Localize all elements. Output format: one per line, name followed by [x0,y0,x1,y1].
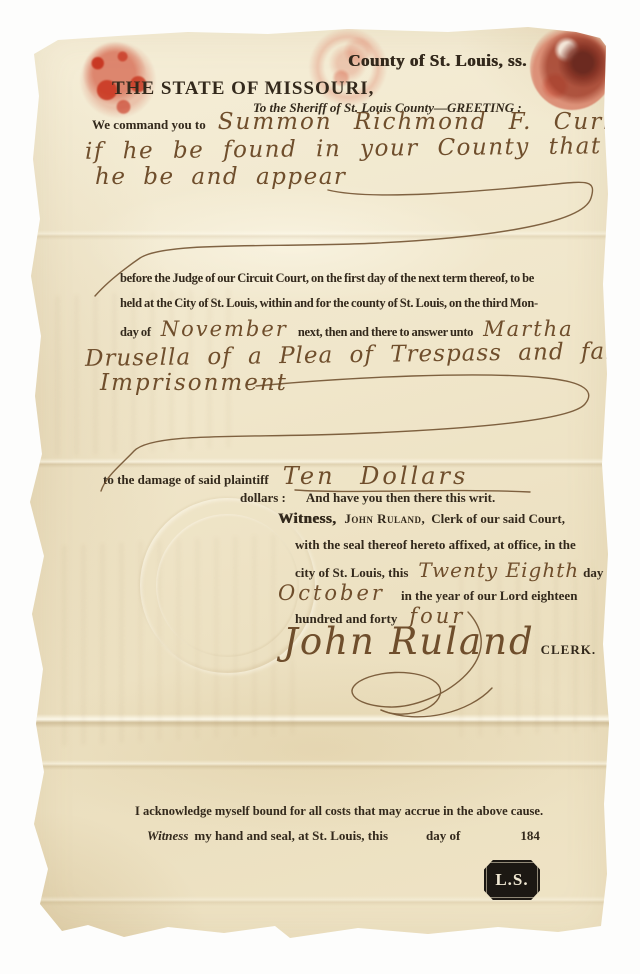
witness-line-3: city of St. Louis, this Twenty Eighth da… [295,558,617,582]
city-prefix: city of St. Louis, this [295,565,408,581]
fold-crease [28,760,612,770]
damage-line: to the damage of said plaintiff Ten Doll… [103,462,468,490]
fold-crease [28,230,612,240]
writ-line: dollars : And have you then there this w… [240,490,495,506]
witness-line-4: October in the year of our Lord eighteen [278,581,577,605]
footer-day-of: day of [426,828,460,844]
ls-seal-label: L.S. [495,870,528,890]
footer-witness-line: Witness my hand and seal, at St. Louis, … [147,828,540,844]
fold-crease [28,714,612,728]
clerk-label: CLERK. [541,642,596,658]
command-prefix: We command you to [92,117,206,133]
plaintiff-handwritten: Martha [483,317,574,341]
day-handwritten: Twenty Eighth [418,558,579,582]
command-line: We command you to Summon Richmond F. Cur… [92,109,628,135]
scanned-document-photo: County of St. Louis, ss. THE STATE OF MI… [0,0,640,974]
footer-witness-rest: my hand and seal, at St. Louis, this [194,828,388,844]
writ-text: And have you then there this writ. [306,490,495,506]
county-line: County of St. Louis, ss. [348,51,527,71]
body-line-1: before the Judge of our Circuit Court, o… [120,271,534,286]
witness-line1-rest: Clerk of our said Court, [431,511,565,527]
paper-sheet: County of St. Louis, ss. THE STATE OF MI… [28,24,612,942]
signature-line: John Ruland CLERK. [283,620,596,663]
amount-handwritten: Ten Dollars [283,462,469,490]
month-handwritten-2: October [278,581,385,605]
handwritten-line: if he be found in your County that [85,133,602,164]
witness-word: Witness, [278,511,336,528]
clerk-name: John Ruland, [344,511,425,527]
footer-witness-word: Witness [147,828,188,844]
footer-year-partial: 184 [520,828,540,844]
dollars-label: dollars : [240,490,286,506]
witness-line-1: Witness, John Ruland, Clerk of our said … [278,511,565,528]
answer-unto-text: next, then and there to answer unto [298,325,473,340]
handwritten-line: he be and appear [95,164,346,190]
day-of-suffix: day of [583,565,617,581]
dark-red-wax-seal [530,24,614,110]
clerk-signature: John Ruland [283,620,535,663]
body-line-3: day of November next, then and there to … [120,317,574,341]
handwritten-line: Imprisonment [100,370,288,396]
acknowledgment-line: I acknowledge myself bound for all costs… [135,804,543,819]
damage-prefix: to the damage of said plaintiff [103,472,269,488]
body-line-2: held at the City of St. Louis, within an… [120,296,538,311]
handwritten-line: Drusella of a Plea of Trespass and false [85,338,640,372]
year-of-lord-text: in the year of our Lord eighteen [401,588,577,604]
witness-line-2: with the seal thereof hereto affixed, at… [295,537,576,553]
month-handwritten: November [161,317,288,341]
summon-handwritten: Summon Richmond F. Curle [218,109,628,135]
state-title: THE STATE OF MISSOURI, [112,78,374,100]
day-of-prefix: day of [120,325,151,340]
ls-seal-stamp: L.S. [484,860,540,900]
